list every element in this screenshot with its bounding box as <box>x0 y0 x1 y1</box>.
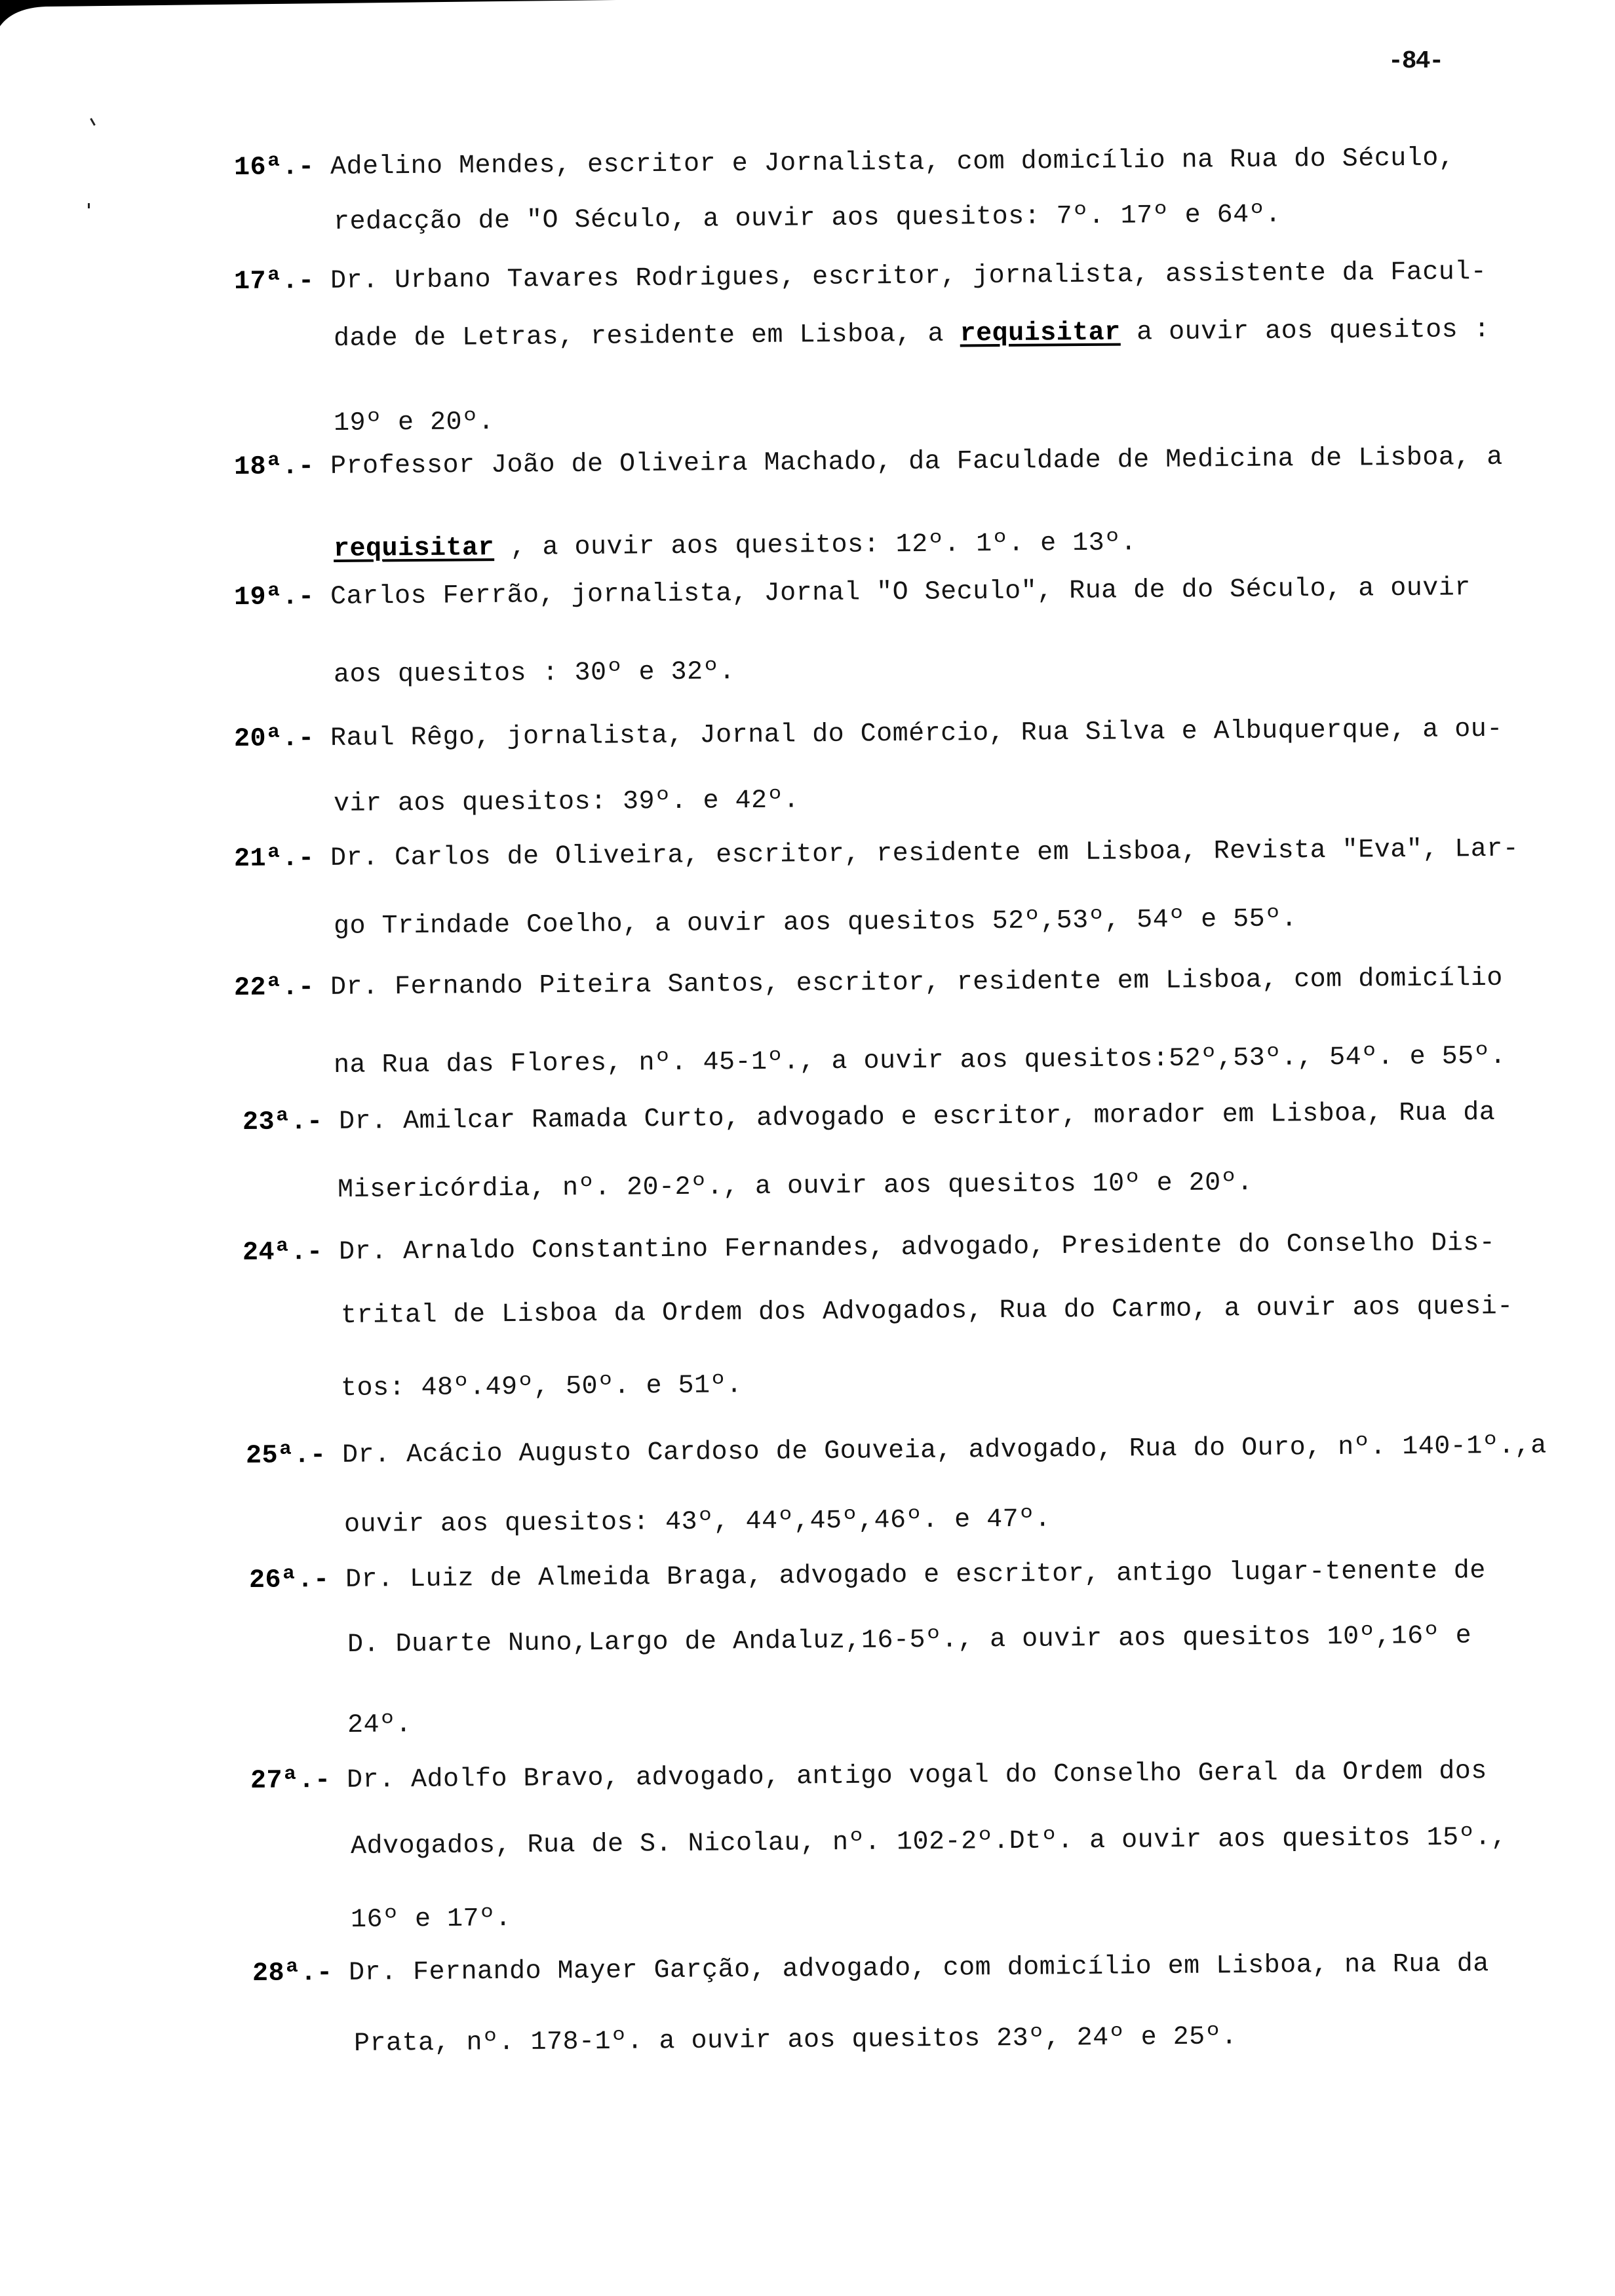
entry-text: aos quesitos : 30º e 32º. <box>334 657 735 690</box>
entry-27-line-2: Advogados, Rua de S. Nicolau, nº. 102-2º… <box>351 1822 1508 1863</box>
entry-number: 16ª.- <box>234 153 315 183</box>
entry-text: na Rua das Flores, nº. 45-1º., a ouvir a… <box>334 1042 1506 1081</box>
entry-text: 24º. <box>347 1710 412 1740</box>
entry-25-line-1: 25ª.- Dr. Acácio Augusto Cardoso de Gouv… <box>246 1430 1547 1472</box>
entry-23-line-2: Misericórdia, nº. 20-2º., a ouvir aos qu… <box>338 1168 1253 1206</box>
entry-24-line-1: 24ª.- Dr. Arnaldo Constantino Fernandes,… <box>243 1228 1496 1269</box>
entry-28-line-2: Prata, nº. 178-1º. a ouvir aos quesitos … <box>354 2021 1237 2060</box>
entry-21-line-1: 21ª.- Dr. Carlos de Oliveira, escritor, … <box>234 834 1519 875</box>
entry-number: 19ª.- <box>234 583 315 613</box>
entry-text: Dr. Urbano Tavares Rodrigues, escritor, … <box>330 258 1487 296</box>
entry-text: go Trindade Coelho, a ouvir aos quesitos… <box>334 904 1298 942</box>
entry-text: Dr. Luiz de Almeida Braga, advogado e es… <box>345 1556 1486 1595</box>
entry-21-line-2: go Trindade Coelho, a ouvir aos quesitos… <box>334 904 1298 943</box>
entry-text: redacção de "O Século, a ouvir aos quesi… <box>334 201 1281 237</box>
entry-text: Misericórdia, nº. 20-2º., a ouvir aos qu… <box>338 1168 1253 1205</box>
entry-18-line-1: 18ª.- Professor João de Oliveira Machado… <box>234 442 1503 484</box>
entry-text: Dr. Carlos de Oliveira, escritor, reside… <box>330 835 1519 873</box>
entry-20-line-2: vir aos quesitos: 39º. e 42º. <box>334 785 800 820</box>
entry-26-line-3: 24º. <box>347 1710 412 1742</box>
entry-text: ouvir aos quesitos: 43º, 44º,45º,46º. e … <box>344 1505 1051 1540</box>
entry-number: 26ª.- <box>249 1565 330 1596</box>
entry-26-line-1: 26ª.- Dr. Luiz de Almeida Braga, advogad… <box>249 1556 1486 1597</box>
entry-number: 20ª.- <box>234 724 315 754</box>
underlined-word: requisitar <box>334 533 494 564</box>
entry-17-line-1: 17ª.- Dr. Urbano Tavares Rodrigues, escr… <box>234 257 1487 298</box>
entry-28-line-1: 28ª.- Dr. Fernando Mayer Garção, advogad… <box>252 1949 1489 1990</box>
entry-number: 18ª.- <box>234 452 315 482</box>
entry-17-line-3: 19º e 20º. <box>334 407 494 440</box>
entry-text: dade de Letras, residente em Lisboa, a r… <box>334 315 1490 354</box>
margin-mark <box>88 203 90 208</box>
entry-24-line-3: tos: 48º.49º, 50º. e 51º. <box>341 1370 743 1405</box>
entry-number: 22ª.- <box>234 973 315 1003</box>
margin-mark <box>90 118 96 126</box>
entry-17-line-2: dade de Letras, residente em Lisboa, a r… <box>334 315 1490 355</box>
entry-16-line-2: redacção de "O Século, a ouvir aos quesi… <box>334 200 1281 239</box>
entry-text: Prata, nº. 178-1º. a ouvir aos quesitos … <box>354 2022 1237 2059</box>
entry-number: 28ª.- <box>252 1959 333 1989</box>
entry-number: 17ª.- <box>234 267 315 297</box>
entry-24-line-2: trital de Lisboa da Ordem dos Advogados,… <box>341 1291 1513 1332</box>
scan-edge-shadow <box>0 0 616 46</box>
entry-23-line-1: 23ª.- Dr. Amilcar Ramada Curto, advogado… <box>243 1098 1496 1139</box>
entry-text: Advogados, Rua de S. Nicolau, nº. 102-2º… <box>351 1823 1508 1862</box>
entry-text: Dr. Amilcar Ramada Curto, advogado e esc… <box>339 1098 1496 1137</box>
underlined-word: requisitar <box>960 318 1120 349</box>
entry-19-line-2: aos quesitos : 30º e 32º. <box>334 657 735 691</box>
entry-text: D. Duarte Nuno,Largo de Andaluz,16-5º., … <box>347 1622 1472 1660</box>
entry-text: 16º e 17º. <box>351 1904 511 1935</box>
entry-number: 24ª.- <box>243 1238 323 1268</box>
page-number: -84- <box>1388 47 1443 75</box>
entry-text: Carlos Ferrão, jornalista, Jornal "O Sec… <box>330 573 1471 612</box>
entry-27-line-1: 27ª.- Dr. Adolfo Bravo, advogado, antigo… <box>250 1756 1487 1797</box>
entry-text: requisitar , a ouvir aos quesitos: 12º. … <box>334 528 1137 564</box>
entry-text: Raul Rêgo, jornalista, Jornal do Comérci… <box>330 715 1503 754</box>
entry-number: 27ª.- <box>250 1766 331 1796</box>
entry-26-line-2: D. Duarte Nuno,Largo de Andaluz,16-5º., … <box>347 1621 1472 1661</box>
entry-text: Dr. Fernando Piteira Santos, escritor, r… <box>330 964 1503 1003</box>
entry-20-line-1: 20ª.- Raul Rêgo, jornalista, Jornal do C… <box>234 714 1503 756</box>
entry-18-line-2: requisitar , a ouvir aos quesitos: 12º. … <box>334 527 1137 565</box>
entry-number: 25ª.- <box>246 1441 326 1471</box>
entry-text: Dr. Adolfo Bravo, advogado, antigo vogal… <box>347 1757 1487 1795</box>
entry-text: Dr. Arnaldo Constantino Fernandes, advog… <box>339 1229 1496 1267</box>
entry-text: 19º e 20º. <box>334 408 494 438</box>
entry-text: Adelino Mendes, escritor e Jornalista, c… <box>330 143 1455 182</box>
entry-27-line-3: 16º e 17º. <box>351 1904 511 1936</box>
entry-number: 23ª.- <box>243 1107 323 1138</box>
entry-22-line-1: 22ª.- Dr. Fernando Piteira Santos, escri… <box>234 963 1503 1004</box>
entry-22-line-2: na Rua das Flores, nº. 45-1º., a ouvir a… <box>334 1041 1506 1082</box>
entry-number: 21ª.- <box>234 844 315 874</box>
entry-text: Professor João de Oliveira Machado, da F… <box>330 443 1503 482</box>
entry-16-line-1: 16ª.- Adelino Mendes, escritor e Jornali… <box>234 143 1455 184</box>
entry-text: Dr. Fernando Mayer Garção, advogado, com… <box>349 1949 1489 1988</box>
entry-text: tos: 48º.49º, 50º. e 51º. <box>341 1371 743 1404</box>
entry-19-line-1: 19ª.- Carlos Ferrão, jornalista, Jornal … <box>234 573 1471 614</box>
entry-text: trital de Lisboa da Ordem dos Advogados,… <box>341 1292 1513 1331</box>
document-page: -84- 16ª.- Adelino Mendes, escritor e Jo… <box>0 0 1615 2296</box>
entry-text: Dr. Acácio Augusto Cardoso de Gouveia, a… <box>342 1431 1547 1470</box>
entry-text: vir aos quesitos: 39º. e 42º. <box>334 786 800 819</box>
entry-25-line-2: ouvir aos quesitos: 43º, 44º,45º,46º. e … <box>344 1504 1051 1541</box>
